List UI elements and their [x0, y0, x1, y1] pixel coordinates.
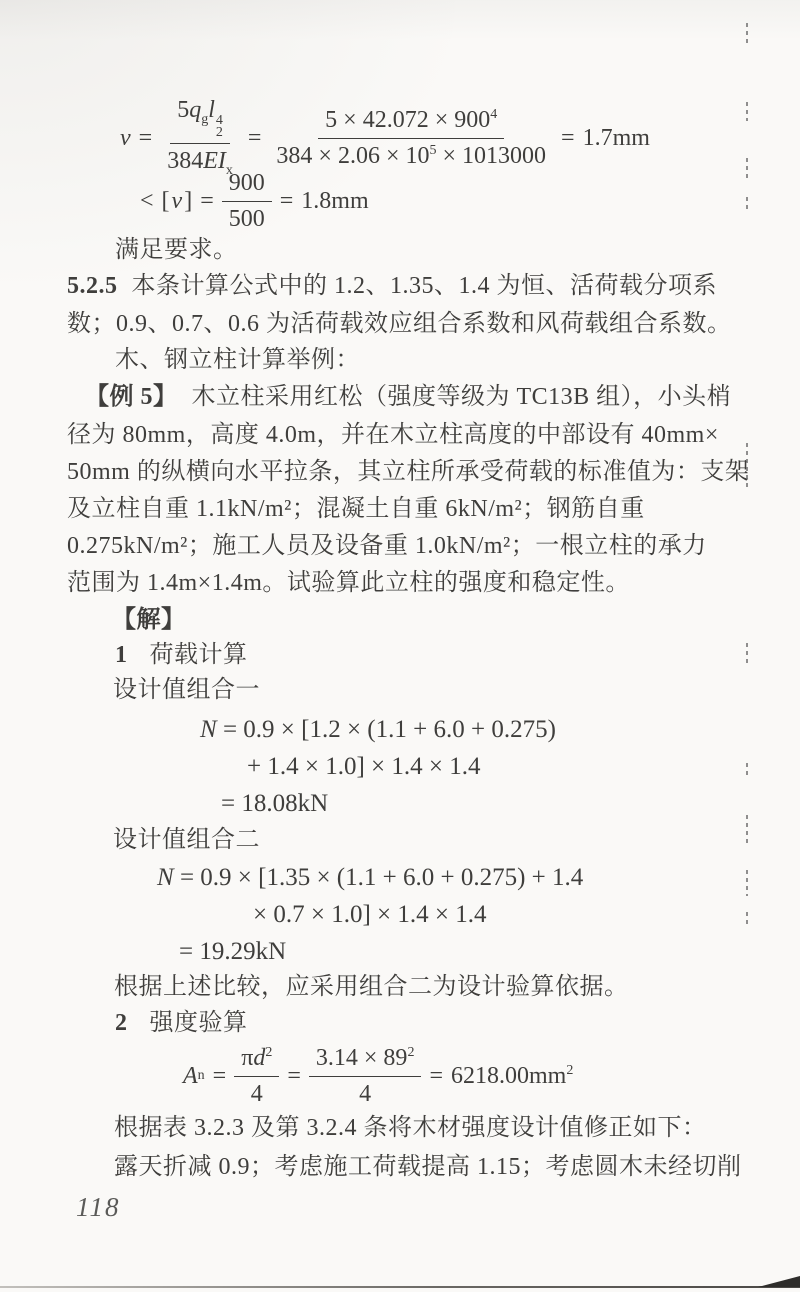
- formula-n1-line1: N = 0.9 × [1.2 × (1.1 + 6.0 + 0.275): [200, 713, 556, 747]
- formula-n2-line2: × 0.7 × 1.0] × 1.4 × 1.4: [253, 898, 486, 932]
- equals-sign: =: [561, 125, 575, 152]
- formula-var-N: N: [200, 716, 217, 743]
- left-bracket: [: [162, 188, 170, 215]
- step1-heading: 1荷载计算: [115, 636, 248, 674]
- formula-result: 6218.00mm2: [451, 1063, 573, 1090]
- formula-area: An = πd2 4 = 3.14 × 892 4 = 6218.00mm2: [183, 1040, 573, 1112]
- fraction-numerator: 5 × 42.072 × 9004: [318, 107, 504, 139]
- example5-line5: 0.275kN/m²；施工人员及设备重 1.0kN/m²；一根立柱的承力: [67, 527, 707, 565]
- example5-label: 【例 5】: [85, 384, 178, 410]
- equals-sign: =: [280, 188, 294, 215]
- sub-n: n: [198, 1068, 205, 1084]
- fraction-denominator: 500: [222, 202, 272, 233]
- section-5-2-5-line2: 数；0.9、0.7、0.6 为活荷载效应组合系数和风荷载组合系数。: [67, 305, 732, 343]
- scan-artifact-tick: [746, 197, 748, 209]
- example5-line3: 50mm 的纵横向水平拉条，其立柱所承受荷载的标准值为：支架: [67, 453, 749, 491]
- numeric-expression: × 1013000: [436, 143, 546, 169]
- numeric-expression: 5 × 42.072 × 900: [325, 107, 490, 133]
- expression: = 0.9 × [1.35 × (1.1 + 6.0 + 0.275) + 1.…: [180, 864, 583, 891]
- modification-line2: 露天折减 0.9；考虑施工荷载提高 1.15；考虑圆木未经切削: [114, 1148, 742, 1186]
- sub-2: 2: [216, 127, 223, 139]
- scan-artifact-tick: [746, 643, 748, 664]
- formula-n1-line3: = 18.08kN: [221, 787, 328, 821]
- formula-var-A: A: [183, 1063, 198, 1090]
- stacked-sup-sub: 42: [216, 115, 223, 139]
- equals-sign: =: [429, 1063, 443, 1090]
- fraction-numerator: 5qgl42: [170, 97, 230, 144]
- formula-deflection-limit: < [v] = 900 500 = 1.8mm: [140, 172, 369, 230]
- fraction-numerator: 3.14 × 892: [309, 1045, 422, 1077]
- fraction-numeric: 5 × 42.072 × 9004 384 × 2.06 × 105 × 101…: [269, 107, 553, 170]
- example5-line1: 【例 5】木立柱采用红松（强度等级为 TC13B 组），小头梢: [85, 378, 731, 416]
- comparison-statement: 根据上述比较，应采用组合二为设计验算依据。: [114, 968, 629, 1006]
- pi-symbol: π: [241, 1045, 253, 1071]
- formula-n2-line3: = 19.29kN: [179, 935, 286, 969]
- example5-text: 木立柱采用红松（强度等级为 TC13B 组），小头梢: [192, 384, 732, 410]
- fraction-numerator: 900: [222, 170, 272, 202]
- sup-2: 2: [407, 1045, 414, 1060]
- sup-2: 2: [265, 1045, 272, 1060]
- sup-2: 2: [566, 1063, 573, 1078]
- satisfy-statement: 满足要求。: [115, 231, 238, 269]
- scan-artifact-tick: [746, 23, 748, 47]
- fraction-numerator: πd2: [234, 1045, 279, 1077]
- scan-artifact-tick: [746, 443, 748, 489]
- formula-deflection: v = 5qgl42 384EIx = 5 × 42.072 × 9004 38…: [120, 96, 650, 180]
- fraction-symbolic: 5qgl42 384EIx: [160, 97, 240, 179]
- fraction-denominator: 384 × 2.06 × 105 × 1013000: [269, 139, 553, 170]
- right-bracket: ]: [184, 188, 192, 215]
- fraction-numeric: 3.14 × 892 4: [309, 1045, 422, 1108]
- formula-var-v: v: [172, 188, 183, 215]
- formula-var-v: v: [120, 125, 131, 152]
- scan-artifact-tick: [746, 763, 748, 778]
- formula-n1-line2: + 1.4 × 1.0] × 1.4 × 1.4: [247, 750, 480, 784]
- section-text: 本条计算公式中的 1.2、1.35、1.4 为恒、活荷载分项系: [132, 273, 718, 299]
- example5-line2: 径为 80mm，高度 4.0m，并在木立柱高度的中部设有 40mm×: [67, 416, 719, 454]
- scan-artifact-tick: [746, 912, 748, 928]
- formula-result: 1.7mm: [583, 125, 650, 152]
- scan-artifact-tick: [746, 870, 748, 896]
- coefficient: 5: [177, 97, 189, 123]
- step1-title: 荷载计算: [150, 642, 248, 668]
- scan-artifact-tick: [746, 102, 748, 121]
- fraction-denominator: 4: [352, 1077, 378, 1108]
- var-l: l: [208, 97, 215, 123]
- less-than-sign: <: [140, 188, 154, 215]
- section-number: 5.2.5: [67, 273, 118, 299]
- equals-sign: =: [200, 188, 214, 215]
- fraction-denominator: 4: [244, 1077, 270, 1108]
- equals-sign: =: [287, 1063, 301, 1090]
- formula-var-N: N: [157, 864, 174, 891]
- expression: = 0.9 × [1.2 × (1.1 + 6.0 + 0.275): [223, 716, 556, 743]
- formula-n2-line1: N = 0.9 × [1.35 × (1.1 + 6.0 + 0.275) + …: [157, 861, 583, 895]
- equals-sign: =: [248, 125, 262, 152]
- page-number: 118: [76, 1192, 121, 1223]
- scan-artifact-bottom-edge: [0, 1286, 800, 1288]
- sup-4: 4: [490, 107, 497, 122]
- var-d: d: [253, 1045, 265, 1071]
- combo1-label: 设计值组合一: [113, 671, 260, 709]
- step2-number: 2: [115, 1010, 128, 1036]
- equals-sign: =: [139, 125, 153, 152]
- step1-number: 1: [115, 642, 128, 668]
- solution-label: 【解】: [112, 601, 186, 639]
- coefficient: 384: [167, 148, 203, 174]
- scan-artifact-tick: [746, 158, 748, 178]
- equals-sign: =: [213, 1063, 227, 1090]
- numeric-expression: 3.14 × 89: [316, 1045, 408, 1071]
- numeric-expression: 384 × 2.06 × 10: [276, 143, 429, 169]
- example5-line4: 及立柱自重 1.1kN/m²；混凝土自重 6kN/m²；钢筋自重: [67, 490, 645, 528]
- step2-title: 强度验算: [150, 1010, 248, 1036]
- fraction-symbolic: πd2 4: [234, 1045, 279, 1108]
- scan-artifact-corner: [758, 1276, 800, 1287]
- step2-heading: 2强度验算: [115, 1004, 248, 1042]
- scan-artifact-tick: [746, 815, 748, 843]
- examples-intro: 木、钢立柱计算举例：: [115, 341, 360, 379]
- formula-result: 1.8mm: [301, 188, 368, 215]
- fraction-limit: 900 500: [222, 170, 272, 233]
- var-q: q: [189, 97, 201, 123]
- modification-line1: 根据表 3.2.3 及第 3.2.4 条将木材强度设计值修正如下：: [114, 1109, 707, 1147]
- example5-line6: 范围为 1.4m×1.4m。试验算此立柱的强度和稳定性。: [67, 564, 630, 602]
- section-5-2-5-line1: 5.2.5本条计算公式中的 1.2、1.35、1.4 为恒、活荷载分项系: [67, 267, 717, 305]
- scanned-book-page: v = 5qgl42 384EIx = 5 × 42.072 × 9004 38…: [0, 0, 800, 1292]
- combo2-label: 设计值组合二: [113, 821, 260, 859]
- result-value: 6218.00mm: [451, 1063, 566, 1089]
